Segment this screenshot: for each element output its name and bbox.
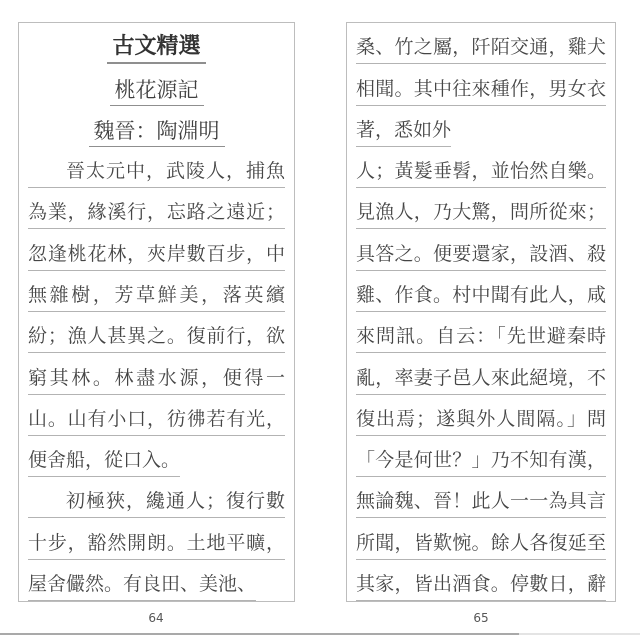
text-row: 著，悉如外 bbox=[356, 106, 606, 147]
text-line: 具答之。便要還家，設酒、殺 bbox=[356, 245, 606, 271]
text-line: 紛；漁人甚異之。復前行，欲 bbox=[28, 327, 285, 353]
text-line: 晉太元中，武陵人，捕魚 bbox=[28, 162, 285, 188]
text-row: 見漁人，乃大驚，問所從來； bbox=[356, 188, 606, 229]
text-line: 山。山有小口，彷彿若有光， bbox=[28, 410, 285, 436]
text-line: 雞、作食。村中聞有此人，咸 bbox=[356, 286, 606, 312]
text-row: 晉太元中，武陵人，捕魚 bbox=[28, 147, 285, 188]
text-row: 具答之。便要還家，設酒、殺 bbox=[356, 229, 606, 270]
text-row: 其家，皆出酒食。停數日，辭 bbox=[356, 560, 606, 601]
text-line: 便舍船，從口入。 bbox=[28, 451, 180, 477]
author: 魏晉：陶淵明 bbox=[89, 121, 225, 147]
title-row: 古文精選 bbox=[28, 23, 285, 64]
text-line: 見漁人，乃大驚，問所從來； bbox=[356, 203, 606, 229]
text-row: 紛；漁人甚異之。復前行，欲 bbox=[28, 312, 285, 353]
bottom-edge-bar bbox=[0, 633, 519, 635]
text-line: 十步，豁然開朗。土地平曠， bbox=[28, 534, 285, 560]
chapter-title-row: 桃花源記 bbox=[28, 64, 285, 105]
text-row: 桑、竹之屬，阡陌交通，雞犬 bbox=[356, 23, 606, 64]
author-row: 魏晉：陶淵明 bbox=[28, 106, 285, 147]
text-line: 「今是何世？」乃不知有漢， bbox=[356, 451, 606, 477]
text-line: 無論魏、晉！此人一一為具言 bbox=[356, 492, 606, 518]
text-line: 人；黃髮垂髫，並怡然自樂。 bbox=[356, 162, 606, 188]
text-row: 為業，緣溪行，忘路之遠近； bbox=[28, 188, 285, 229]
text-row: 無雜樹，芳草鮮美，落英繽 bbox=[28, 271, 285, 312]
text-row: 「今是何世？」乃不知有漢， bbox=[356, 436, 606, 477]
text-line: 所聞，皆歎惋。餘人各復延至 bbox=[356, 534, 606, 560]
text-row: 亂，率妻子邑人來此絕境，不 bbox=[356, 353, 606, 394]
text-row: 雞、作食。村中聞有此人，咸 bbox=[356, 271, 606, 312]
text-row: 無論魏、晉！此人一一為具言 bbox=[356, 477, 606, 518]
text-row: 來問訊。自云：「先世避秦時 bbox=[356, 312, 606, 353]
book-spread: 古文精選 桃花源記 魏晉：陶淵明 晉太元中，武陵人，捕魚 為業，緣溪行，忘路之遠… bbox=[0, 0, 640, 640]
text-line: 復出焉；遂與外人間隔。」問 bbox=[356, 410, 606, 436]
text-line: 無雜樹，芳草鮮美，落英繽 bbox=[28, 286, 285, 312]
text-line: 為業，緣溪行，忘路之遠近； bbox=[28, 203, 285, 229]
text-line: 窮其林。林盡水源，便得一 bbox=[28, 369, 285, 395]
page-number-right: 65 bbox=[461, 611, 501, 625]
text-row: 忽逢桃花林，夾岸數百步，中 bbox=[28, 229, 285, 270]
text-line: 桑、竹之屬，阡陌交通，雞犬 bbox=[356, 38, 606, 64]
text-line: 亂，率妻子邑人來此絕境，不 bbox=[356, 369, 606, 395]
text-row: 初極狹，纔通人；復行數 bbox=[28, 477, 285, 518]
text-row: 山。山有小口，彷彿若有光， bbox=[28, 395, 285, 436]
text-row: 窮其林。林盡水源，便得一 bbox=[28, 353, 285, 394]
chapter-title: 桃花源記 bbox=[110, 80, 204, 106]
text-row: 便舍船，從口入。 bbox=[28, 436, 285, 477]
text-row: 屋舍儼然。有良田、美池、 bbox=[28, 560, 285, 601]
text-line: 屋舍儼然。有良田、美池、 bbox=[28, 575, 256, 601]
text-row: 十步，豁然開朗。土地平曠， bbox=[28, 518, 285, 559]
left-page: 古文精選 桃花源記 魏晉：陶淵明 晉太元中，武陵人，捕魚 為業，緣溪行，忘路之遠… bbox=[18, 22, 295, 602]
text-row: 相聞。其中往來種作，男女衣 bbox=[356, 64, 606, 105]
text-line: 著，悉如外 bbox=[356, 121, 451, 147]
text-line: 來問訊。自云：「先世避秦時 bbox=[356, 327, 606, 353]
text-row: 復出焉；遂與外人間隔。」問 bbox=[356, 395, 606, 436]
page-number-left: 64 bbox=[136, 611, 176, 625]
right-page: 桑、竹之屬，阡陌交通，雞犬 相聞。其中往來種作，男女衣 著，悉如外 人；黃髮垂髫… bbox=[346, 22, 616, 602]
text-row: 所聞，皆歎惋。餘人各復延至 bbox=[356, 518, 606, 559]
bottom-edge-bar-light bbox=[519, 633, 640, 635]
text-line: 其家，皆出酒食。停數日，辭 bbox=[356, 575, 606, 601]
text-row: 人；黃髮垂髫，並怡然自樂。 bbox=[356, 147, 606, 188]
text-line: 忽逢桃花林，夾岸數百步，中 bbox=[28, 245, 285, 271]
book-title: 古文精選 bbox=[107, 36, 205, 64]
text-line: 相聞。其中往來種作，男女衣 bbox=[356, 80, 606, 106]
text-line: 初極狹，纔通人；復行數 bbox=[28, 492, 285, 518]
